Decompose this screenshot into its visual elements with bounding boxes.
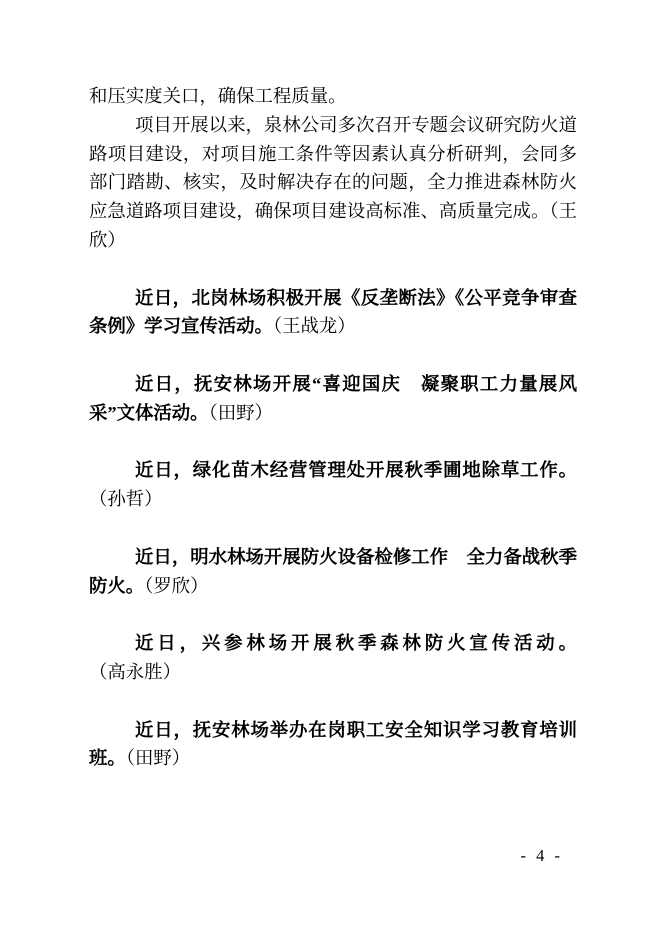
news-item: 近日，兴参林场开展秋季森林防火宣传活动。（高永胜） bbox=[89, 629, 577, 687]
news-headline: 近日，绿化苗木经营管理处开展秋季圃地除草工作。 bbox=[135, 460, 577, 480]
document-page: 和压实度关口，确保工程质量。 项目开展以来，泉林公司多次召开专题会议研究防火道路… bbox=[0, 0, 661, 935]
news-item: 近日，北岗林场积极开展《反垄断法》《公平竞争审查条例》学习宣传活动。（王战龙） bbox=[89, 284, 577, 342]
news-byline: （田野） bbox=[209, 403, 273, 423]
news-byline: （罗欣） bbox=[144, 576, 208, 596]
page-number: - 4 - bbox=[521, 846, 564, 866]
news-item: 近日，明水林场开展防火设备检修工作 全力备战秋季防火。（罗欣） bbox=[89, 543, 577, 601]
news-item: 近日，抚安林场举办在岗职工安全知识学习教育培训班。（田野） bbox=[89, 716, 577, 774]
news-item: 近日，抚安林场开展“喜迎国庆 凝聚职工力量展风采”文体活动。（田野） bbox=[89, 370, 577, 428]
news-byline: （王战龙） bbox=[273, 316, 356, 336]
news-item: 近日，绿化苗木经营管理处开展秋季圃地除草工作。（孙哲） bbox=[89, 456, 577, 514]
paragraph-continuation: 和压实度关口，确保工程质量。 bbox=[89, 82, 577, 111]
news-headline: 近日，抚安林场开展“喜迎国庆 凝聚职工力量展风采”文体活动。 bbox=[89, 374, 577, 423]
news-headline: 近日，兴参林场开展秋季森林防火宣传活动。 bbox=[135, 633, 577, 653]
paragraph-project: 项目开展以来，泉林公司多次召开专题会议研究防火道路项目建设，对项目施工条件等因素… bbox=[89, 111, 577, 255]
news-byline: （高永胜） bbox=[89, 662, 181, 682]
news-byline: （田野） bbox=[126, 748, 190, 768]
page-content: 和压实度关口，确保工程质量。 项目开展以来，泉林公司多次召开专题会议研究防火道路… bbox=[89, 82, 577, 773]
news-byline: （孙哲） bbox=[89, 489, 163, 509]
